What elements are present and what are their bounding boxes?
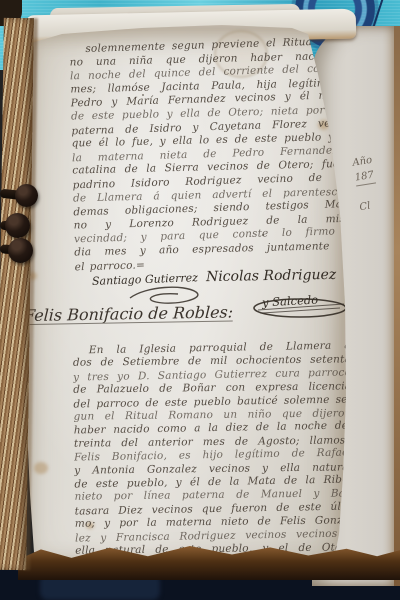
page-text-record-2: En la Iglesia parroquial de Llamera á do… (73, 340, 354, 558)
record-heading: Felis Bonifacio de Robles: (24, 302, 265, 325)
margin-note: Año 187 Cl (351, 153, 380, 215)
signature-witness: Nicolas Rodriguez (206, 267, 336, 285)
binding-knob (15, 184, 38, 207)
manuscript-photo: Año 187 Cl solemnemente segun previene e… (0, 0, 400, 600)
binding-knob (8, 238, 33, 263)
page-stack-left-edge (0, 18, 34, 570)
margin-note-line: 187 (354, 168, 376, 187)
binding-knob (5, 213, 30, 238)
manuscript-page: solemnemente segun previene el Ritual Ro… (22, 24, 352, 580)
margin-note-line: Cl (358, 197, 380, 215)
next-page-edge (394, 26, 400, 586)
foxing-spot (34, 462, 48, 474)
